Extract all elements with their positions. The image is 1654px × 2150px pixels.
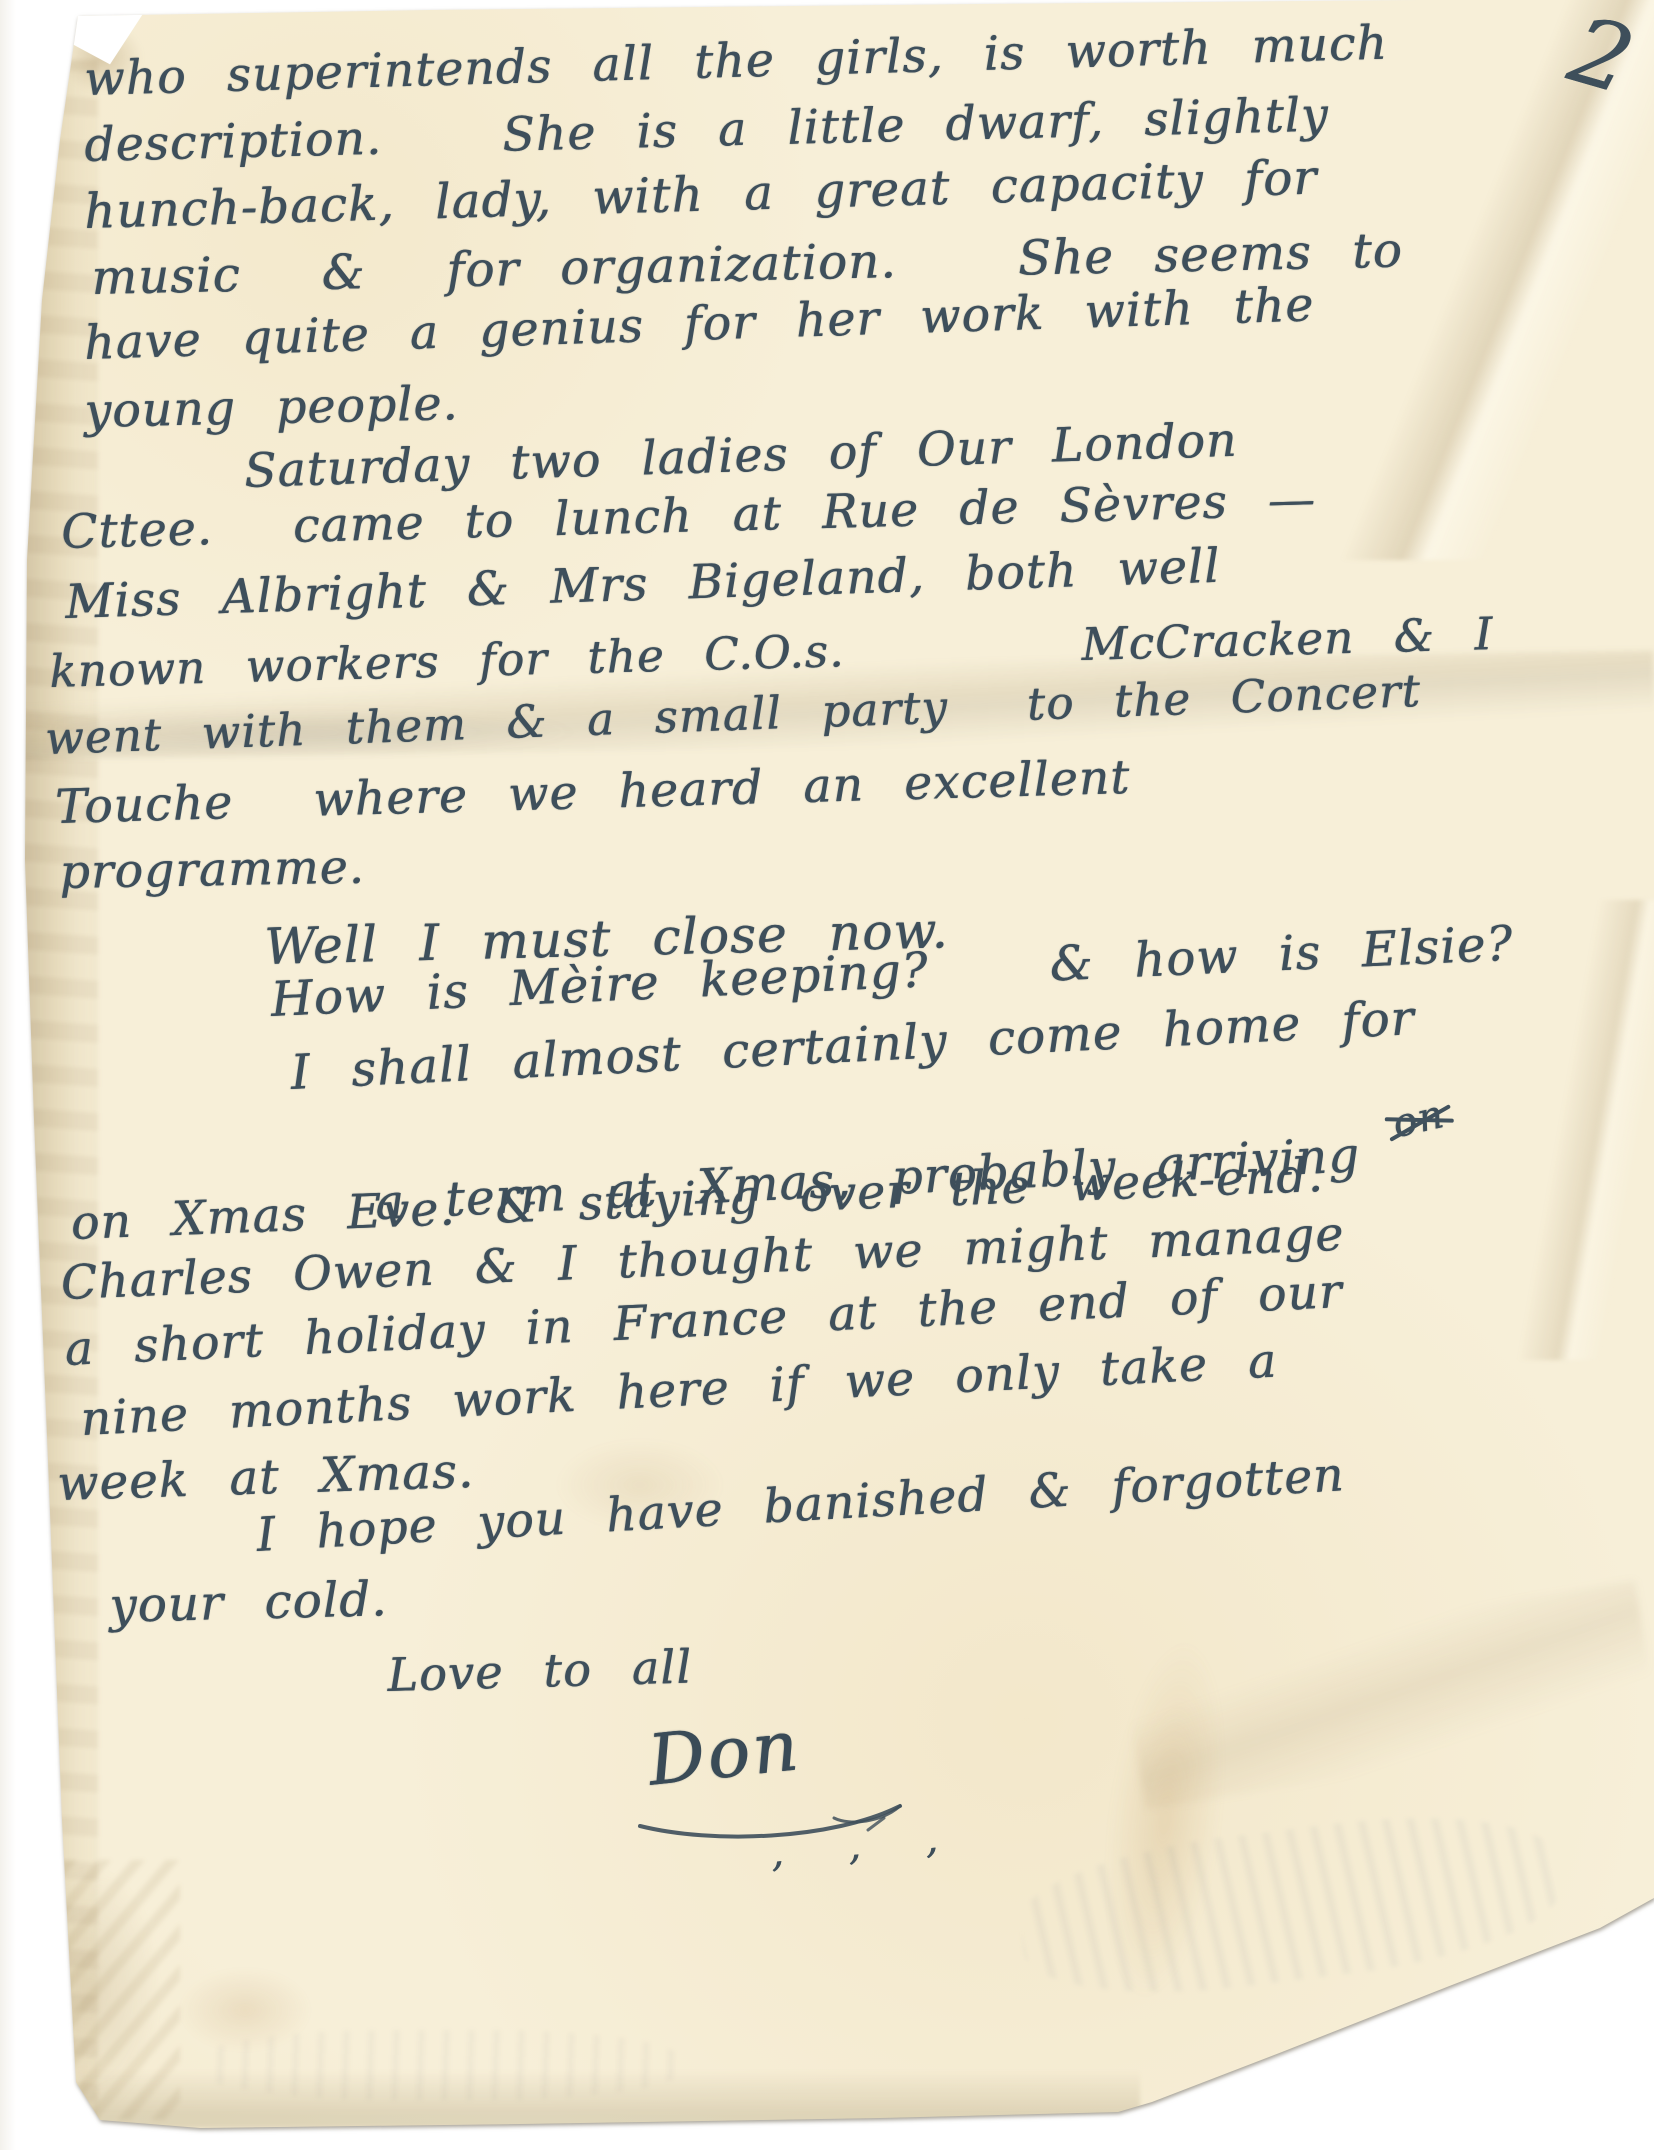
crossed-out-word: on [1388, 1091, 1448, 1147]
scanned-letter-page: 2 who superintends all the girls, is wor… [0, 0, 1654, 2150]
handwritten-line: your cold. [109, 1571, 389, 1634]
handwritten-line: young people. [84, 376, 459, 439]
rust-spot [20, 112, 42, 146]
torn-left-edge [18, 60, 98, 2140]
letter-paper: 2 who superintends all the girls, is wor… [0, 0, 1654, 2150]
paper-shadow-wrap: 2 who superintends all the girls, is wor… [0, 0, 1654, 2150]
signature-text: Don [644, 1704, 804, 1801]
handwritten-line: programme. [59, 840, 365, 900]
signature: Don [648, 1712, 800, 1794]
handwritten-line: Love to all [386, 1640, 692, 1702]
bottom-edge-shadow [80, 2070, 1140, 2128]
stain-streak [1049, 1552, 1281, 2089]
right-edge-crease [1494, 900, 1654, 1360]
